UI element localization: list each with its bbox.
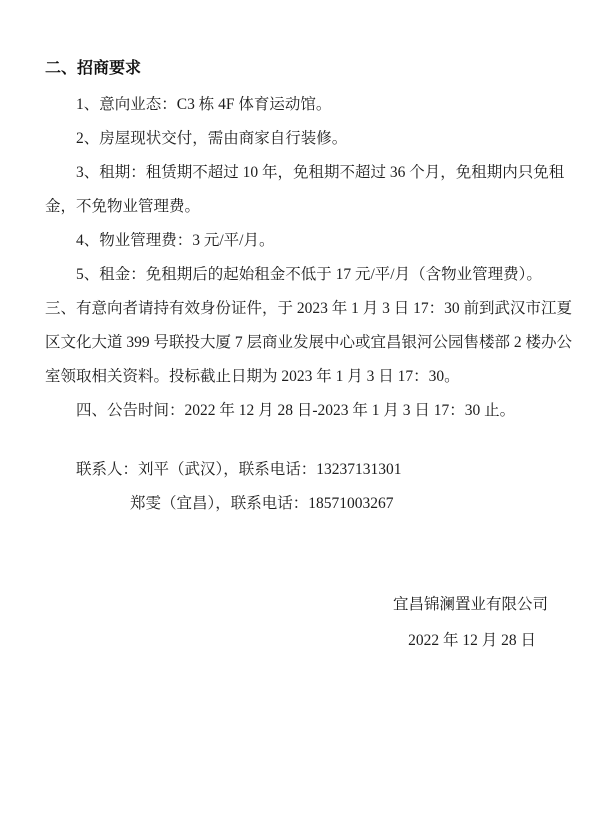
- document-page: 二、招商要求 1、意向业态：C3 栋 4F 体育运动馆。 2、房屋现状交付，需由…: [0, 0, 601, 659]
- contact-line-wuhan: 联系人：刘平（武汉），联系电话：13237131301: [45, 453, 556, 487]
- section-heading: 二、招商要求: [45, 52, 556, 86]
- contact-line-yichang: 郑雯（宜昌），联系电话：18571003267: [45, 487, 556, 521]
- notice-paragraph-line-3: 室领取相关资料。投标截止日期为 2023 年 1 月 3 日 17：30。: [45, 360, 556, 394]
- contacts-block: 联系人：刘平（武汉），联系电话：13237131301 郑雯（宜昌），联系电话：…: [45, 453, 556, 521]
- signature-date: 2022 年 12 月 28 日: [45, 623, 556, 659]
- requirement-item-1: 1、意向业态：C3 栋 4F 体育运动馆。: [45, 88, 556, 122]
- signature-company-name: 宜昌锦澜置业有限公司: [45, 587, 556, 623]
- notice-paragraph-line-2: 区文化大道 399 号联投大厦 7 层商业发展中心或宜昌银河公园售楼部 2 楼办…: [45, 326, 556, 360]
- announcement-period-line: 四、公告时间：2022 年 12 月 28 日-2023 年 1 月 3 日 1…: [45, 394, 556, 428]
- notice-paragraph-line-1: 三、有意向者请持有效身份证件，于 2023 年 1 月 3 日 17：30 前到…: [45, 292, 556, 326]
- signature-block: 宜昌锦澜置业有限公司 2022 年 12 月 28 日: [45, 587, 556, 659]
- requirement-item-3-line-1: 3、租期：租赁期不超过 10 年，免租期不超过 36 个月，免租期内只免租: [45, 156, 556, 190]
- requirement-item-4: 4、物业管理费：3 元/平/月。: [45, 224, 556, 258]
- requirement-item-2: 2、房屋现状交付，需由商家自行装修。: [45, 122, 556, 156]
- requirement-item-5: 5、租金：免租期后的起始租金不低于 17 元/平/月（含物业管理费）。: [45, 258, 556, 292]
- requirement-item-3-line-2: 金，不免物业管理费。: [45, 190, 556, 224]
